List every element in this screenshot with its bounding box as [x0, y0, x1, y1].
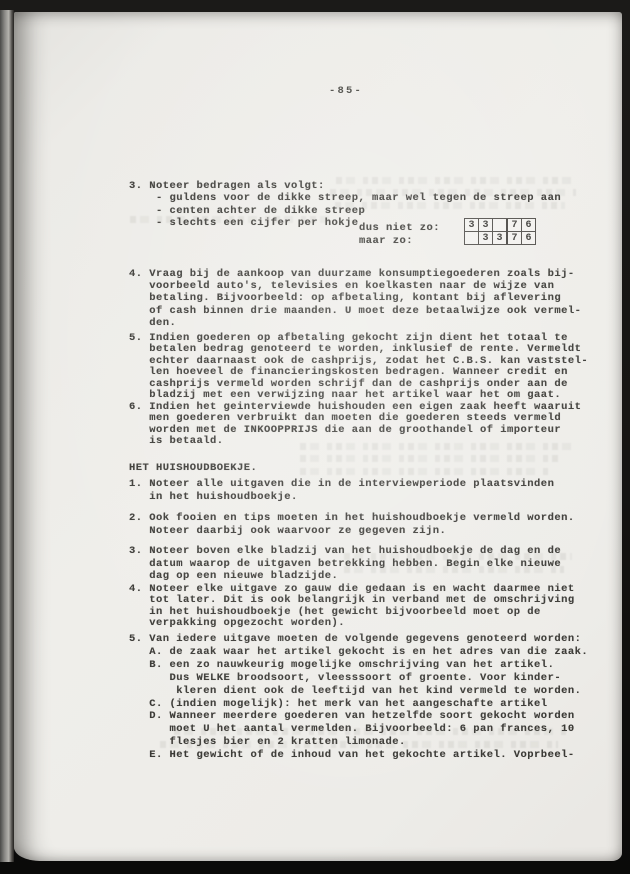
grid-cell: 6: [521, 231, 535, 244]
page-number: -85-: [329, 85, 363, 97]
grid-cell: 7: [506, 231, 521, 244]
grid-cell: 7: [506, 219, 521, 231]
amount-grid-row-wrong: 3 3 7 6: [465, 219, 535, 231]
instruction-item-6: 6. Indien het geinterviewde huishouden e…: [129, 402, 581, 448]
section-heading: HET HUISHOUDBOEKJE.: [129, 462, 257, 475]
amount-example-correct-label: maar zo:: [359, 235, 413, 248]
amount-grid-row-right: 3 3 7 6: [465, 231, 535, 244]
grid-cell: 3: [478, 231, 492, 244]
page-surface: -85- 3. Noteer bedragen als volgt: - gul…: [14, 12, 622, 861]
household-book-item-5: 5. Van iedere uitgave moeten de volgende…: [129, 633, 588, 762]
grid-cell: 3: [478, 219, 492, 231]
amount-example-wrong-label: dus niet zo:: [359, 222, 440, 235]
instruction-item-4: 4. Vraag bij de aankoop van duurzame kon…: [129, 268, 581, 329]
household-book-item-4: 4. Noteer elke uitgave zo gauw die gedaa…: [129, 584, 575, 630]
grid-cell: 6: [521, 219, 535, 231]
book-binding-edge: [0, 10, 14, 862]
household-book-item-2: 2. Ook fooien en tips moeten in het huis…: [129, 512, 575, 537]
bleed-through-artifact: [300, 455, 562, 462]
amount-grid: 3 3 7 6 3 3 7 6: [464, 218, 536, 245]
household-book-item-1: 1. Noteer alle uitgaven die in de interv…: [129, 478, 554, 503]
bleed-through-artifact: [300, 468, 550, 475]
grid-cell: 3: [465, 219, 478, 231]
grid-cell: 3: [492, 231, 506, 244]
scanned-document-page: -85- 3. Noteer bedragen als volgt: - gul…: [0, 0, 630, 874]
household-book-item-3: 3. Noteer boven elke bladzij van het hui…: [129, 545, 561, 583]
instruction-item-5: 5. Indien goederen op afbetaling gekocht…: [129, 333, 588, 401]
grid-cell: [492, 219, 506, 231]
grid-cell: [465, 231, 478, 244]
